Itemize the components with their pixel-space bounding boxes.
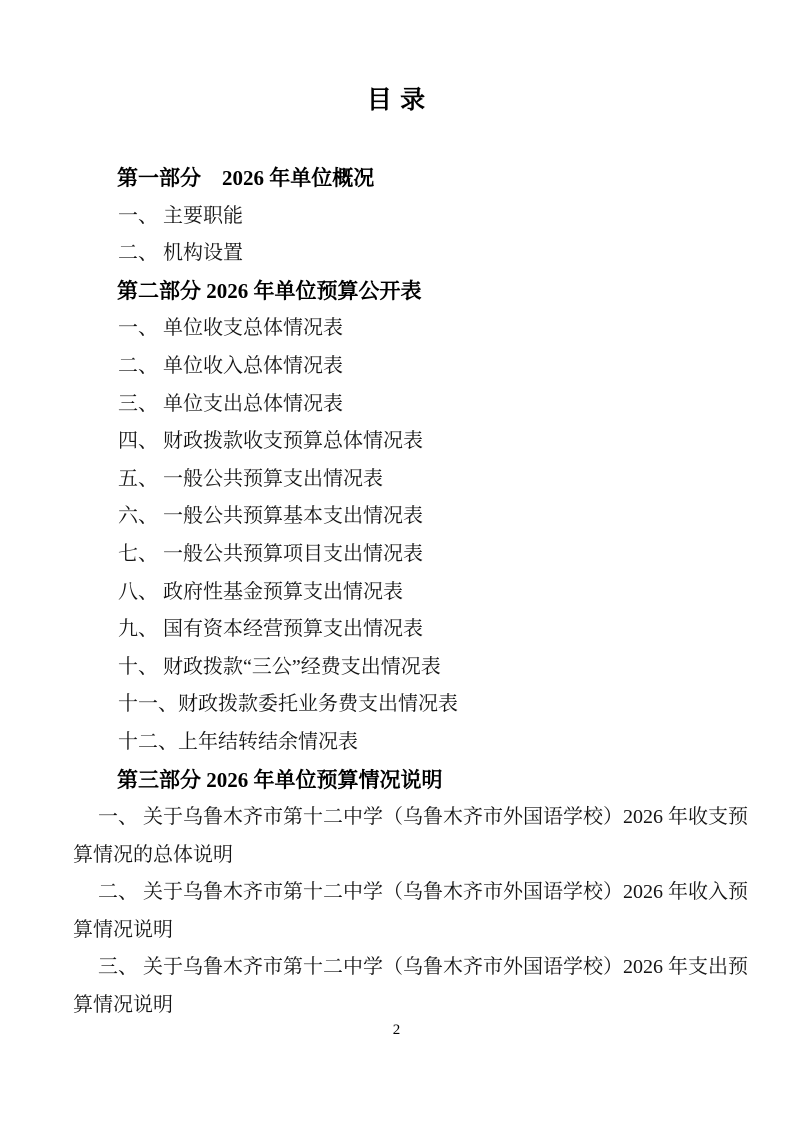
toc-item: 四、 财政拨款收支预算总体情况表 <box>73 423 733 461</box>
toc-entry-line: 三、 关于乌鲁木齐市第十二中学（乌鲁木齐市外国语学校）2026 年支出预 <box>73 949 733 987</box>
section-heading-part2: 第二部分 2026 年单位预算公开表 <box>73 273 733 311</box>
page-number: 2 <box>0 1022 793 1039</box>
toc-item: 五、 一般公共预算支出情况表 <box>73 461 733 499</box>
toc-item: 十二、上年结转结余情况表 <box>73 724 733 762</box>
toc-item: 三、 单位支出总体情况表 <box>73 386 733 424</box>
toc-item: 六、 一般公共预算基本支出情况表 <box>73 498 733 536</box>
toc-item: 七、 一般公共预算项目支出情况表 <box>73 536 733 574</box>
toc-item: 二、 机构设置 <box>73 235 733 273</box>
toc-item: 一、 单位收支总体情况表 <box>73 310 733 348</box>
section-heading-part1: 第一部分 2026 年单位概况 <box>73 160 733 198</box>
toc-item: 八、 政府性基金预算支出情况表 <box>73 574 733 612</box>
document-page: 目 录 第一部分 2026 年单位概况 一、 主要职能 二、 机构设置 第二部分… <box>0 0 793 1122</box>
table-of-contents: 第一部分 2026 年单位概况 一、 主要职能 二、 机构设置 第二部分 202… <box>73 160 733 1025</box>
page-title: 目 录 <box>0 80 793 116</box>
toc-entry-line: 算情况说明 <box>73 912 733 950</box>
toc-item: 二、 单位收入总体情况表 <box>73 348 733 386</box>
toc-item: 一、 主要职能 <box>73 198 733 236</box>
section-heading-part3: 第三部分 2026 年单位预算情况说明 <box>73 762 733 800</box>
toc-item: 十一、财政拨款委托业务费支出情况表 <box>73 686 733 724</box>
toc-item: 十、 财政拨款“三公”经费支出情况表 <box>73 649 733 687</box>
toc-entry-line: 二、 关于乌鲁木齐市第十二中学（乌鲁木齐市外国语学校）2026 年收入预 <box>73 874 733 912</box>
toc-entry-line: 算情况说明 <box>73 987 733 1025</box>
toc-entry-line: 一、 关于乌鲁木齐市第十二中学（乌鲁木齐市外国语学校）2026 年收支预 <box>73 799 733 837</box>
toc-entry-line: 算情况的总体说明 <box>73 837 733 875</box>
toc-item: 九、 国有资本经营预算支出情况表 <box>73 611 733 649</box>
